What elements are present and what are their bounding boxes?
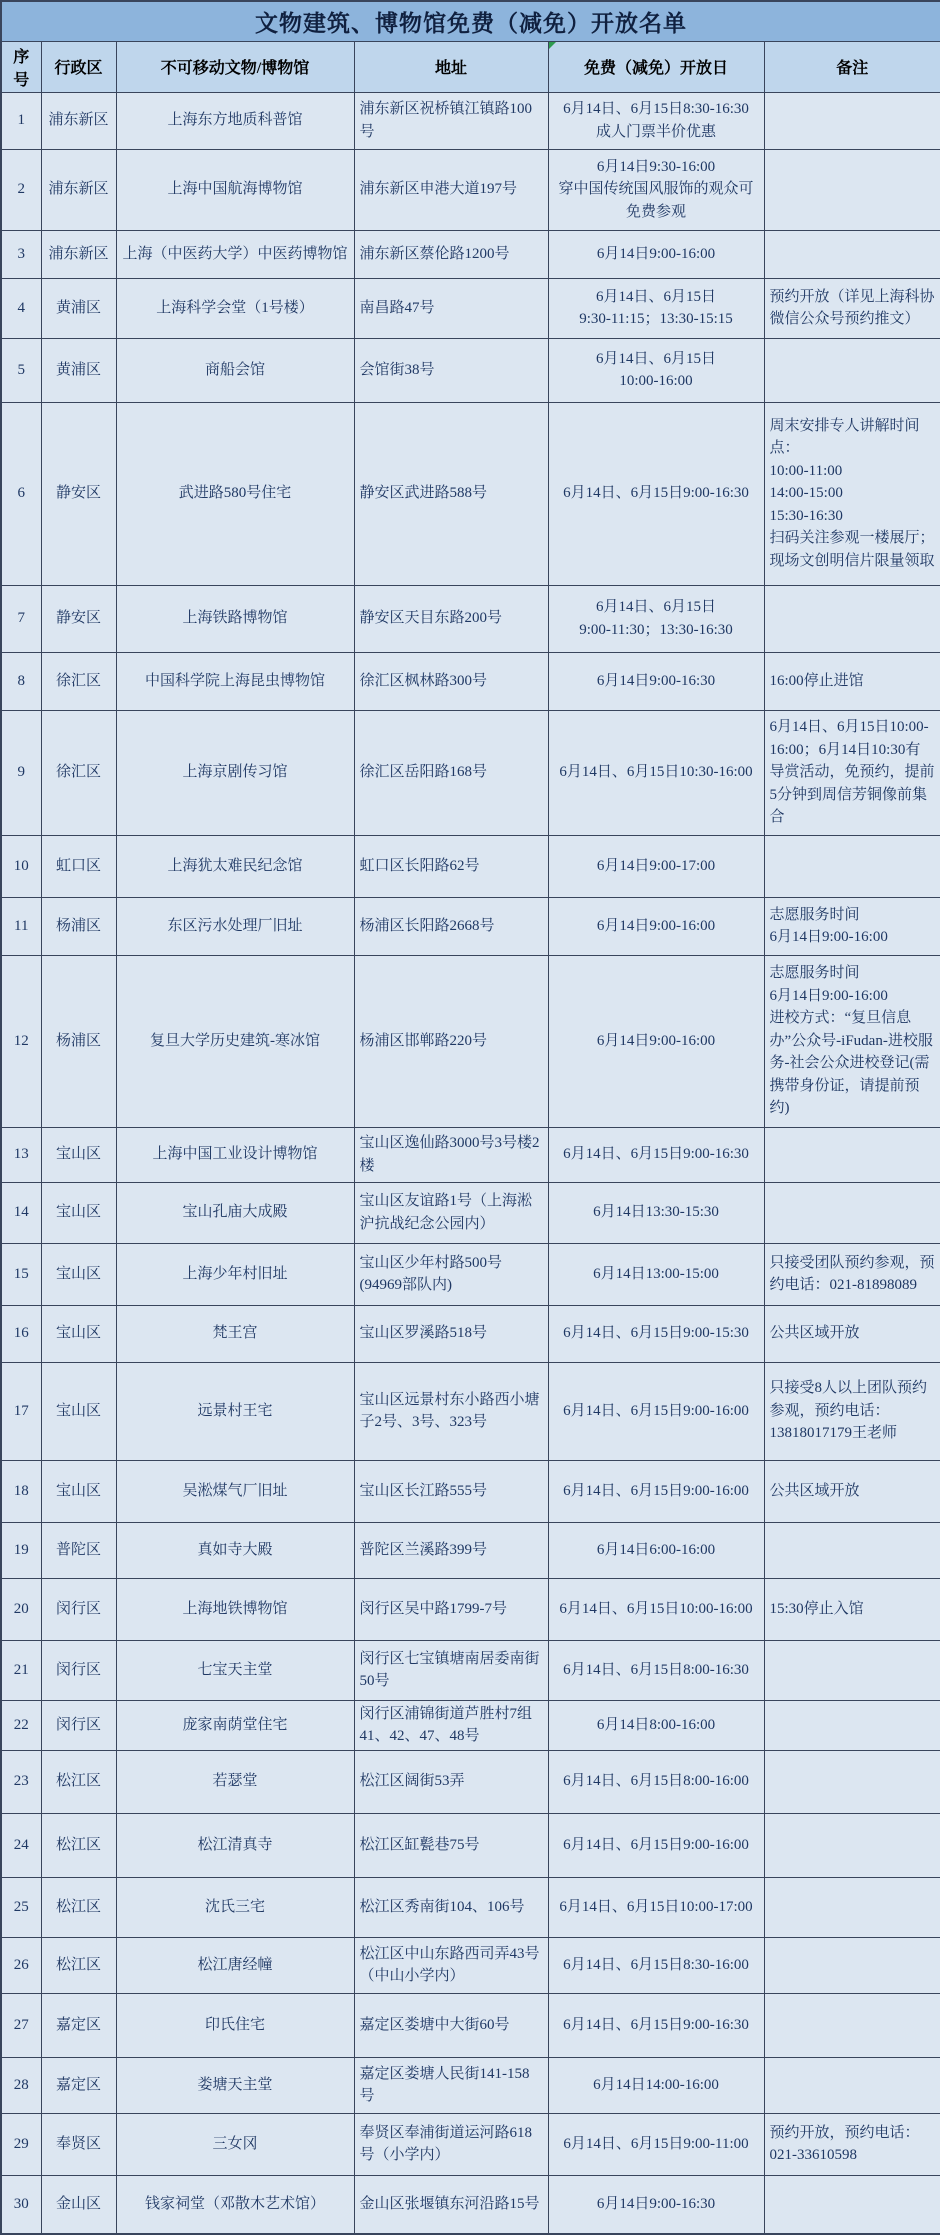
cell-note	[764, 1937, 940, 1993]
cell-address: 宝山区少年村路500号(94969部队内)	[354, 1243, 548, 1305]
table-row: 5 黄浦区 商船会馆 会馆街38号 6月14日、6月15日 10:00-16:0…	[1, 338, 940, 402]
cell-note: 公共区域开放	[764, 1460, 940, 1522]
cell-no: 4	[1, 278, 41, 338]
cell-district: 宝山区	[41, 1362, 116, 1460]
cell-address: 虹口区长阳路62号	[354, 835, 548, 897]
cell-note	[764, 1750, 940, 1813]
cell-open-days: 6月14日、6月15日10:00-17:00	[548, 1877, 764, 1937]
cell-no: 18	[1, 1460, 41, 1522]
cell-district: 松江区	[41, 1813, 116, 1877]
cell-district: 徐汇区	[41, 652, 116, 710]
cell-district: 静安区	[41, 402, 116, 585]
cell-open-days: 6月14日、6月15日9:00-16:00	[548, 1813, 764, 1877]
cell-note	[764, 1127, 940, 1182]
header-row: 序号 行政区 不可移动文物/博物馆 地址 免费（减免）开放日 备注	[1, 41, 940, 92]
cell-address: 宝山区远景村东小路西小塘子2号、3号、323号	[354, 1362, 548, 1460]
cell-site: 上海（中医药大学）中医药博物馆	[116, 230, 354, 278]
cell-site: 印氏住宅	[116, 1993, 354, 2057]
cell-address: 奉贤区奉浦街道运河路618号（小学内）	[354, 2113, 548, 2175]
cell-no: 5	[1, 338, 41, 402]
cell-open-days: 6月14日6:00-16:00	[548, 1522, 764, 1578]
table-row: 20 闵行区 上海地铁博物馆 闵行区吴中路1799-7号 6月14日、6月15日…	[1, 1578, 940, 1640]
free-open-sites-table: 文物建筑、博物馆免费（减免）开放名单 序号 行政区 不可移动文物/博物馆 地址 …	[0, 0, 940, 2235]
cell-open-days: 6月14日9:00-16:00	[548, 897, 764, 955]
table-row: 1 浦东新区 上海东方地质科普馆 浦东新区祝桥镇江镇路100号 6月14日、6月…	[1, 92, 940, 149]
cell-no: 25	[1, 1877, 41, 1937]
cell-no: 10	[1, 835, 41, 897]
col-header-no: 序号	[1, 41, 41, 92]
cell-no: 16	[1, 1305, 41, 1362]
cell-address: 静安区天目东路200号	[354, 585, 548, 652]
cell-address: 松江区缸甏巷75号	[354, 1813, 548, 1877]
table-row: 9 徐汇区 上海京剧传习馆 徐汇区岳阳路168号 6月14日、6月15日10:3…	[1, 710, 940, 835]
cell-no: 26	[1, 1937, 41, 1993]
cell-open-days: 6月14日、6月15日9:00-16:30	[548, 1127, 764, 1182]
cell-district: 嘉定区	[41, 2057, 116, 2113]
cell-address: 嘉定区娄塘人民街141-158号	[354, 2057, 548, 2113]
cell-no: 23	[1, 1750, 41, 1813]
cell-address: 松江区秀南街104、106号	[354, 1877, 548, 1937]
cell-site: 上海地铁博物馆	[116, 1578, 354, 1640]
cell-district: 宝山区	[41, 1460, 116, 1522]
cell-no: 28	[1, 2057, 41, 2113]
cell-note	[764, 338, 940, 402]
cell-district: 宝山区	[41, 1127, 116, 1182]
cell-no: 3	[1, 230, 41, 278]
cell-note	[764, 1700, 940, 1750]
cell-address: 松江区中山东路西司弄43号（中山小学内）	[354, 1937, 548, 1993]
cell-address: 闵行区浦锦街道芦胜村7组41、42、47、48号	[354, 1700, 548, 1750]
cell-no: 8	[1, 652, 41, 710]
cell-no: 29	[1, 2113, 41, 2175]
table-row: 12 杨浦区 复旦大学历史建筑-寒冰馆 杨浦区邯郸路220号 6月14日9:00…	[1, 955, 940, 1127]
cell-open-days: 6月14日、6月15日 9:00-11:30；13:30-16:30	[548, 585, 764, 652]
cell-no: 21	[1, 1640, 41, 1700]
cell-district: 松江区	[41, 1877, 116, 1937]
cell-no: 12	[1, 955, 41, 1127]
cell-no: 14	[1, 1182, 41, 1243]
cell-address: 金山区张堰镇东河沿路15号	[354, 2175, 548, 2234]
cell-no: 15	[1, 1243, 41, 1305]
cell-note: 预约开放（详见上海科协微信公众号预约推文）	[764, 278, 940, 338]
cell-note	[764, 1993, 940, 2057]
cell-district: 松江区	[41, 1937, 116, 1993]
cell-open-days: 6月14日、6月15日8:30-16:00	[548, 1937, 764, 1993]
cell-district: 闵行区	[41, 1640, 116, 1700]
cell-no: 24	[1, 1813, 41, 1877]
table-row: 6 静安区 武进路580号住宅 静安区武进路588号 6月14日、6月15日9:…	[1, 402, 940, 585]
cell-note	[764, 1813, 940, 1877]
cell-note: 公共区域开放	[764, 1305, 940, 1362]
table-body: 1 浦东新区 上海东方地质科普馆 浦东新区祝桥镇江镇路100号 6月14日、6月…	[1, 92, 940, 2234]
table-row: 21 闵行区 七宝天主堂 闵行区七宝镇塘南居委南街50号 6月14日、6月15日…	[1, 1640, 940, 1700]
cell-district: 徐汇区	[41, 710, 116, 835]
cell-district: 浦东新区	[41, 92, 116, 149]
cell-open-days: 6月14日、6月15日 9:30-11:15；13:30-15:15	[548, 278, 764, 338]
cell-no: 7	[1, 585, 41, 652]
table-row: 25 松江区 沈氏三宅 松江区秀南街104、106号 6月14日、6月15日10…	[1, 1877, 940, 1937]
cell-site: 吴淞煤气厂旧址	[116, 1460, 354, 1522]
cell-open-days: 6月14日13:00-15:00	[548, 1243, 764, 1305]
col-header-site: 不可移动文物/博物馆	[116, 41, 354, 92]
cell-note	[764, 149, 940, 230]
cell-open-days: 6月14日14:00-16:00	[548, 2057, 764, 2113]
table-row: 28 嘉定区 娄塘天主堂 嘉定区娄塘人民街141-158号 6月14日14:00…	[1, 2057, 940, 2113]
cell-site: 宝山孔庙大成殿	[116, 1182, 354, 1243]
table-row: 19 普陀区 真如寺大殿 普陀区兰溪路399号 6月14日6:00-16:00	[1, 1522, 940, 1578]
cell-note: 志愿服务时间 6月14日9:00-16:00 进校方式：“复旦信息办”公众号-i…	[764, 955, 940, 1127]
col-header-open-days: 免费（减免）开放日	[548, 41, 764, 92]
cell-site: 松江清真寺	[116, 1813, 354, 1877]
cell-site: 庞家南荫堂住宅	[116, 1700, 354, 1750]
cell-address: 静安区武进路588号	[354, 402, 548, 585]
col-header-district: 行政区	[41, 41, 116, 92]
cell-note: 16:00停止进馆	[764, 652, 940, 710]
cell-district: 虹口区	[41, 835, 116, 897]
cell-district: 松江区	[41, 1750, 116, 1813]
cell-district: 宝山区	[41, 1305, 116, 1362]
cell-district: 静安区	[41, 585, 116, 652]
table-row: 30 金山区 钱家祠堂（邓散木艺术馆） 金山区张堰镇东河沿路15号 6月14日9…	[1, 2175, 940, 2234]
cell-site: 上海科学会堂（1号楼）	[116, 278, 354, 338]
cell-note: 只接受8人以上团队预约参观，预约电话：13818017179王老师	[764, 1362, 940, 1460]
cell-no: 1	[1, 92, 41, 149]
col-header-address: 地址	[354, 41, 548, 92]
cell-open-days: 6月14日、6月15日10:30-16:00	[548, 710, 764, 835]
cell-site: 三女冈	[116, 2113, 354, 2175]
cell-no: 19	[1, 1522, 41, 1578]
title-row: 文物建筑、博物馆免费（减免）开放名单	[1, 1, 940, 41]
cell-note	[764, 2175, 940, 2234]
table-row: 22 闵行区 庞家南荫堂住宅 闵行区浦锦街道芦胜村7组41、42、47、48号 …	[1, 1700, 940, 1750]
cell-district: 宝山区	[41, 1182, 116, 1243]
cell-no: 9	[1, 710, 41, 835]
cell-open-days: 6月14日、6月15日9:00-15:30	[548, 1305, 764, 1362]
cell-district: 金山区	[41, 2175, 116, 2234]
cell-site: 松江唐经幢	[116, 1937, 354, 1993]
cell-address: 松江区阔街53弄	[354, 1750, 548, 1813]
cell-district: 闵行区	[41, 1578, 116, 1640]
col-header-note: 备注	[764, 41, 940, 92]
table-row: 8 徐汇区 中国科学院上海昆虫博物馆 徐汇区枫林路300号 6月14日9:00-…	[1, 652, 940, 710]
cell-site: 七宝天主堂	[116, 1640, 354, 1700]
table-row: 11 杨浦区 东区污水处理厂旧址 杨浦区长阳路2668号 6月14日9:00-1…	[1, 897, 940, 955]
cell-site: 上海京剧传习馆	[116, 710, 354, 835]
cell-no: 22	[1, 1700, 41, 1750]
cell-note	[764, 1182, 940, 1243]
cell-note	[764, 835, 940, 897]
table-row: 13 宝山区 上海中国工业设计博物馆 宝山区逸仙路3000号3号楼2楼 6月14…	[1, 1127, 940, 1182]
cell-district: 杨浦区	[41, 897, 116, 955]
cell-site: 武进路580号住宅	[116, 402, 354, 585]
cell-note: 志愿服务时间 6月14日9:00-16:00	[764, 897, 940, 955]
table-row: 26 松江区 松江唐经幢 松江区中山东路西司弄43号（中山小学内） 6月14日、…	[1, 1937, 940, 1993]
cell-district: 黄浦区	[41, 338, 116, 402]
cell-address: 杨浦区长阳路2668号	[354, 897, 548, 955]
cell-site: 若瑟堂	[116, 1750, 354, 1813]
cell-site: 梵王宫	[116, 1305, 354, 1362]
cell-note	[764, 92, 940, 149]
cell-site: 真如寺大殿	[116, 1522, 354, 1578]
cell-address: 宝山区罗溪路518号	[354, 1305, 548, 1362]
cell-open-days: 6月14日、6月15日8:30-16:30 成人门票半价优惠	[548, 92, 764, 149]
col-header-open-days-label: 免费（减免）开放日	[584, 60, 728, 77]
cell-site: 复旦大学历史建筑-寒冰馆	[116, 955, 354, 1127]
cell-address: 会馆街38号	[354, 338, 548, 402]
table-row: 4 黄浦区 上海科学会堂（1号楼） 南昌路47号 6月14日、6月15日 9:3…	[1, 278, 940, 338]
cell-address: 闵行区七宝镇塘南居委南街50号	[354, 1640, 548, 1700]
cell-district: 宝山区	[41, 1243, 116, 1305]
cell-open-days: 6月14日、6月15日10:00-16:00	[548, 1578, 764, 1640]
cell-address: 宝山区长江路555号	[354, 1460, 548, 1522]
table-row: 15 宝山区 上海少年村旧址 宝山区少年村路500号(94969部队内) 6月1…	[1, 1243, 940, 1305]
cell-open-days: 6月14日、6月15日9:00-16:00	[548, 1362, 764, 1460]
cell-site: 上海铁路博物馆	[116, 585, 354, 652]
cell-address: 宝山区友谊路1号（上海淞沪抗战纪念公园内）	[354, 1182, 548, 1243]
cell-no: 13	[1, 1127, 41, 1182]
table-row: 10 虹口区 上海犹太难民纪念馆 虹口区长阳路62号 6月14日9:00-17:…	[1, 835, 940, 897]
cell-district: 黄浦区	[41, 278, 116, 338]
cell-no: 17	[1, 1362, 41, 1460]
cell-open-days: 6月14日9:30-16:00 穿中国传统国风服饰的观众可免费参观	[548, 149, 764, 230]
cell-site: 钱家祠堂（邓散木艺术馆）	[116, 2175, 354, 2234]
cell-note	[764, 585, 940, 652]
cell-open-days: 6月14日、6月15日9:00-16:00	[548, 1460, 764, 1522]
cell-no: 6	[1, 402, 41, 585]
cell-district: 普陀区	[41, 1522, 116, 1578]
cell-site: 上海犹太难民纪念馆	[116, 835, 354, 897]
cell-note	[764, 1877, 940, 1937]
cell-note: 只接受团队预约参观，预约电话：021-81898089	[764, 1243, 940, 1305]
cell-address: 徐汇区岳阳路168号	[354, 710, 548, 835]
cell-open-days: 6月14日9:00-16:00	[548, 230, 764, 278]
cell-site: 沈氏三宅	[116, 1877, 354, 1937]
cell-site: 上海东方地质科普馆	[116, 92, 354, 149]
table-row: 27 嘉定区 印氏住宅 嘉定区娄塘中大街60号 6月14日、6月15日9:00-…	[1, 1993, 940, 2057]
table-row: 23 松江区 若瑟堂 松江区阔街53弄 6月14日、6月15日8:00-16:0…	[1, 1750, 940, 1813]
cell-no: 30	[1, 2175, 41, 2234]
table-row: 3 浦东新区 上海（中医药大学）中医药博物馆 浦东新区蔡伦路1200号 6月14…	[1, 230, 940, 278]
cell-site: 娄塘天主堂	[116, 2057, 354, 2113]
cell-district: 浦东新区	[41, 230, 116, 278]
cell-address: 宝山区逸仙路3000号3号楼2楼	[354, 1127, 548, 1182]
cell-address: 徐汇区枫林路300号	[354, 652, 548, 710]
cell-district: 浦东新区	[41, 149, 116, 230]
cell-district: 闵行区	[41, 1700, 116, 1750]
table-row: 17 宝山区 远景村王宅 宝山区远景村东小路西小塘子2号、3号、323号 6月1…	[1, 1362, 940, 1460]
cell-open-days: 6月14日9:00-16:00	[548, 955, 764, 1127]
cell-site: 东区污水处理厂旧址	[116, 897, 354, 955]
cell-district: 奉贤区	[41, 2113, 116, 2175]
cell-open-days: 6月14日、6月15日9:00-16:30	[548, 1993, 764, 2057]
cell-address: 闵行区吴中路1799-7号	[354, 1578, 548, 1640]
cell-open-days: 6月14日、6月15日 10:00-16:00	[548, 338, 764, 402]
cell-address: 浦东新区蔡伦路1200号	[354, 230, 548, 278]
cell-site: 上海少年村旧址	[116, 1243, 354, 1305]
cell-no: 2	[1, 149, 41, 230]
title-cell: 文物建筑、博物馆免费（减免）开放名单	[1, 1, 940, 41]
cell-address: 浦东新区祝桥镇江镇路100号	[354, 92, 548, 149]
cell-address: 杨浦区邯郸路220号	[354, 955, 548, 1127]
cell-open-days: 6月14日9:00-17:00	[548, 835, 764, 897]
cell-address: 嘉定区娄塘中大街60号	[354, 1993, 548, 2057]
table-row: 18 宝山区 吴淞煤气厂旧址 宝山区长江路555号 6月14日、6月15日9:0…	[1, 1460, 940, 1522]
cell-site: 商船会馆	[116, 338, 354, 402]
cell-address: 南昌路47号	[354, 278, 548, 338]
table-row: 7 静安区 上海铁路博物馆 静安区天目东路200号 6月14日、6月15日 9:…	[1, 585, 940, 652]
cell-site: 上海中国航海博物馆	[116, 149, 354, 230]
cell-district: 杨浦区	[41, 955, 116, 1127]
cell-open-days: 6月14日、6月15日8:00-16:00	[548, 1750, 764, 1813]
page-title: 文物建筑、博物馆免费（减免）开放名单	[255, 11, 687, 36]
excel-error-indicator-icon	[549, 42, 556, 49]
cell-district: 嘉定区	[41, 1993, 116, 2057]
cell-note: 周末安排专人讲解时间点： 10:00-11:00 14:00-15:00 15:…	[764, 402, 940, 585]
cell-site: 远景村王宅	[116, 1362, 354, 1460]
cell-open-days: 6月14日9:00-16:30	[548, 652, 764, 710]
cell-note	[764, 230, 940, 278]
cell-note	[764, 2057, 940, 2113]
cell-note: 6月14日、6月15日10:00-16:00；6月14日10:30有导赏活动，免…	[764, 710, 940, 835]
cell-open-days: 6月14日8:00-16:00	[548, 1700, 764, 1750]
table-row: 24 松江区 松江清真寺 松江区缸甏巷75号 6月14日、6月15日9:00-1…	[1, 1813, 940, 1877]
cell-note	[764, 1522, 940, 1578]
cell-no: 20	[1, 1578, 41, 1640]
cell-address: 浦东新区申港大道197号	[354, 149, 548, 230]
cell-no: 11	[1, 897, 41, 955]
cell-address: 普陀区兰溪路399号	[354, 1522, 548, 1578]
table-row: 16 宝山区 梵王宫 宝山区罗溪路518号 6月14日、6月15日9:00-15…	[1, 1305, 940, 1362]
cell-open-days: 6月14日13:30-15:30	[548, 1182, 764, 1243]
cell-open-days: 6月14日、6月15日9:00-16:30	[548, 402, 764, 585]
cell-open-days: 6月14日9:00-16:30	[548, 2175, 764, 2234]
cell-note: 预约开放，预约电话：021-33610598	[764, 2113, 940, 2175]
cell-note	[764, 1640, 940, 1700]
cell-open-days: 6月14日、6月15日8:00-16:30	[548, 1640, 764, 1700]
cell-site: 上海中国工业设计博物馆	[116, 1127, 354, 1182]
cell-note: 15:30停止入馆	[764, 1578, 940, 1640]
table-row: 14 宝山区 宝山孔庙大成殿 宝山区友谊路1号（上海淞沪抗战纪念公园内） 6月1…	[1, 1182, 940, 1243]
table-row: 2 浦东新区 上海中国航海博物馆 浦东新区申港大道197号 6月14日9:30-…	[1, 149, 940, 230]
cell-site: 中国科学院上海昆虫博物馆	[116, 652, 354, 710]
table-row: 29 奉贤区 三女冈 奉贤区奉浦街道运河路618号（小学内） 6月14日、6月1…	[1, 2113, 940, 2175]
cell-open-days: 6月14日、6月15日9:00-11:00	[548, 2113, 764, 2175]
cell-no: 27	[1, 1993, 41, 2057]
